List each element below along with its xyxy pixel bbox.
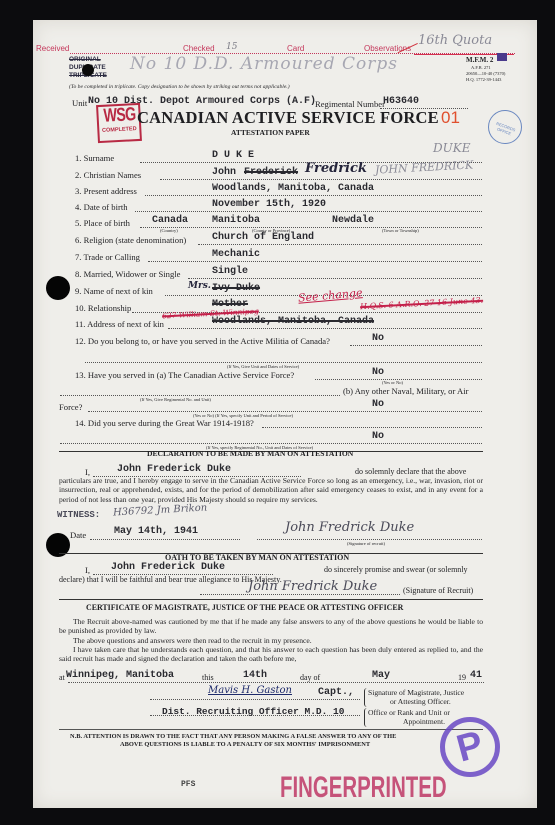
cert-place-dots [68,682,484,683]
nb-line-2: ABOVE QUESTIONS IS LIABLE TO A PENALTY O… [120,741,370,748]
form-sub-2: 20650—10-40 (7370) [466,71,505,76]
wsg-stamp-text: WSG [103,105,134,127]
cert-day-of-label: day of [300,673,320,682]
recruit-signature-label: (Signature of recruit) [347,541,385,546]
declaration-text-start: do solemnly declare that the above [355,467,466,476]
red-mark: 01 [441,108,460,128]
page-subtitle: ATTESTATION PAPER [231,128,310,137]
oath-heading: OATH TO BE TAKEN BY MAN ON ATTESTATION [165,553,349,562]
cert-this-label: this [202,673,214,682]
marital-status-value: Single [212,266,248,277]
field-label-date-of-birth: 4. Date of birth [75,202,128,212]
certificate-heading: CERTIFICATE OF MAGISTRATE, JUSTICE OF TH… [86,603,403,612]
nb-line-1: N.B. ATTENTION IS DRAWN TO THE FACT THAT… [70,733,396,740]
regimental-number: H63640 [383,96,419,107]
date-of-birth-value: November 15th, 1920 [212,199,326,210]
dots-3 [145,195,482,196]
cert-day: 14th [243,670,267,681]
dots-14 [262,427,482,428]
copy-note: (To be completed in triplicate. Copy des… [69,84,290,90]
blue-round-stamp: RECORDS OFFICE [488,110,522,144]
officer-office: Dist. Recruiting Officer M.D. 10 [162,706,344,717]
q14-label: 14. Did you serve during the Great War 1… [75,418,254,428]
christian-name-struck: Frederick [244,167,298,178]
q13a-value: No [372,367,384,378]
officer-signature: Mavis H. Gaston [208,685,292,696]
field-label-next-of-kin-address: 11. Address of next of kin [75,319,164,329]
observations-value: 16th Quota [418,33,492,48]
oath-i: I, [85,565,90,575]
copy-original: ORIGINAL [69,56,101,63]
surname-annotation: DUKE [433,141,470,155]
religion-value: Church of England [212,232,314,243]
q13b-label: (b) Any other Naval, Military, or Air [343,386,468,396]
certificate-p3: I have taken care that he understands ea… [59,645,483,664]
wsg-completed-text: COMPLETED [99,126,139,134]
christian-name-correction: Fredrick [305,161,367,176]
dots-5 [140,227,482,228]
office-label-2: Appointment. [403,717,445,726]
blue-stamp-text: RECORDS OFFICE [488,119,521,139]
field-label-christian-names: 2. Christian Names [75,170,141,180]
dots-12 [350,345,482,346]
dots-11 [168,328,482,329]
birth-town: Newdale [332,215,374,226]
p-round-stamp: P [440,717,500,777]
field-label-trade: 7. Trade or Calling [75,252,140,262]
unit-label: Unit [72,98,87,108]
certificate-p2: The above questions and answers were the… [59,636,483,645]
birth-province: Manitoba [212,215,260,226]
q13b-force-label: Force? [59,402,82,412]
checked-label: Checked [182,44,216,53]
form-sub-1: A.F.B. 271 [471,65,491,70]
trade-value: Mechanic [212,249,260,260]
present-address-value: Woodlands, Manitoba, Canada [212,183,374,194]
declaration-name: John Frederick Duke [117,464,231,475]
checked-value: 15 [226,42,237,52]
page-title: CANADIAN ACTIVE SERVICE FORCE [137,108,439,128]
field-label-relationship: 10. Relationship [75,303,131,313]
dots-13b [60,395,340,396]
active-militia-value: No [372,333,384,344]
recruit-signature: John Fredrick Duke [285,520,414,535]
field-label-address: 3. Present address [75,186,137,196]
pfs-mark: PFS [181,780,195,789]
certificate-p1: The Recruit above-named was cautioned by… [59,617,483,636]
hint-12: (If Yes, Give Unit and Dates of Service) [227,364,299,369]
dots-14b [60,443,482,444]
dots-2 [160,179,482,180]
oath-text-start: do sincerely promise and swear (or solem… [324,565,468,574]
divider-3 [59,599,483,600]
cert-year-suffix: 41 [470,670,482,681]
punch-hole-top [46,276,70,300]
cert-year-prefix: 19 [458,673,466,682]
wsg-completed-stamp: WSG COMPLETED [96,103,142,143]
field-label-surname: 1. Surname [75,153,114,163]
field-label-marital-status: 8. Married, Widower or Single [75,269,180,279]
oath-name: John Frederick Duke [111,562,225,573]
christian-name-value: John [212,167,236,178]
officer-rank: Capt., [318,687,354,698]
dots-7 [148,261,482,262]
hint-13a: (If Yes, Give Regimental No. and Unit) [140,397,211,402]
form-code: M.F.M. 2 [466,56,493,64]
sig-label-2: or Attesting Officer. [390,697,451,706]
q13a-label: 13. Have you served in (a) The Canadian … [75,370,294,380]
field-label-place-of-birth: 5. Place of birth [75,218,130,228]
yes-no-hint: (Yes or No) [382,380,403,385]
field-label-next-of-kin: 9. Name of next of kin [75,286,153,296]
dots-12b [85,362,482,363]
card-label: Card [286,44,305,53]
office-label-1: Office or Rank and Unit or [368,708,450,717]
dots-13c [88,411,482,412]
date-label: Date [70,530,86,540]
received-label: Received [36,44,69,53]
field-label-religion: 6. Religion (state denomination) [75,235,186,245]
date-dots [90,539,240,540]
oath-signature: John Fredrick Duke [248,579,377,594]
date-value: May 14th, 1941 [114,526,198,537]
declaration-heading: DECLARATION TO BE MADE BY MAN ON ATTESTA… [147,449,353,458]
cert-at-label: at [59,673,65,682]
dots-6 [198,244,482,245]
dots-8 [188,278,482,279]
birth-country: Canada [152,215,188,226]
cert-sig-dots [150,699,360,700]
field-label-active-militia: 12. Do you belong to, or have you served… [75,336,330,346]
dots-4 [135,211,482,212]
surname-value: D U K E [212,150,254,161]
cert-place: Winnipeg, Manitoba [66,670,174,681]
purple-corner-mark [497,53,507,61]
sub-town: (Town or Township) [382,228,419,233]
punch-hole-header [82,64,94,76]
cert-month: May [372,670,390,681]
oath-signature-label: (Signature of Recruit) [403,586,473,595]
handwritten-unit: No 10 D.D. Armoured Corps [130,54,398,74]
q13b-value: No [372,399,384,410]
sig-label-1: Signature of Magistrate, Justice [368,688,464,697]
witness-label: WITNESS: [57,510,100,520]
recruit-sig-dots [257,539,482,540]
next-of-kin-value: Ivy Duke [212,283,260,294]
divider-4 [59,729,483,730]
q14-value: No [372,431,384,442]
sub-country: (Country) [160,228,178,233]
fingerprinted-stamp: FINGERPRINTED [280,771,447,805]
form-sub-3: H.Q. 1772-39-1443 [466,77,501,82]
next-of-kin-prefix: Mrs. [188,281,211,291]
oath-sig-dots [200,594,400,595]
declaration-body: particulars are true, and I hereby engag… [59,476,483,504]
next-of-kin-address-value: Woodlands, Manitoba, Canada [212,316,374,327]
